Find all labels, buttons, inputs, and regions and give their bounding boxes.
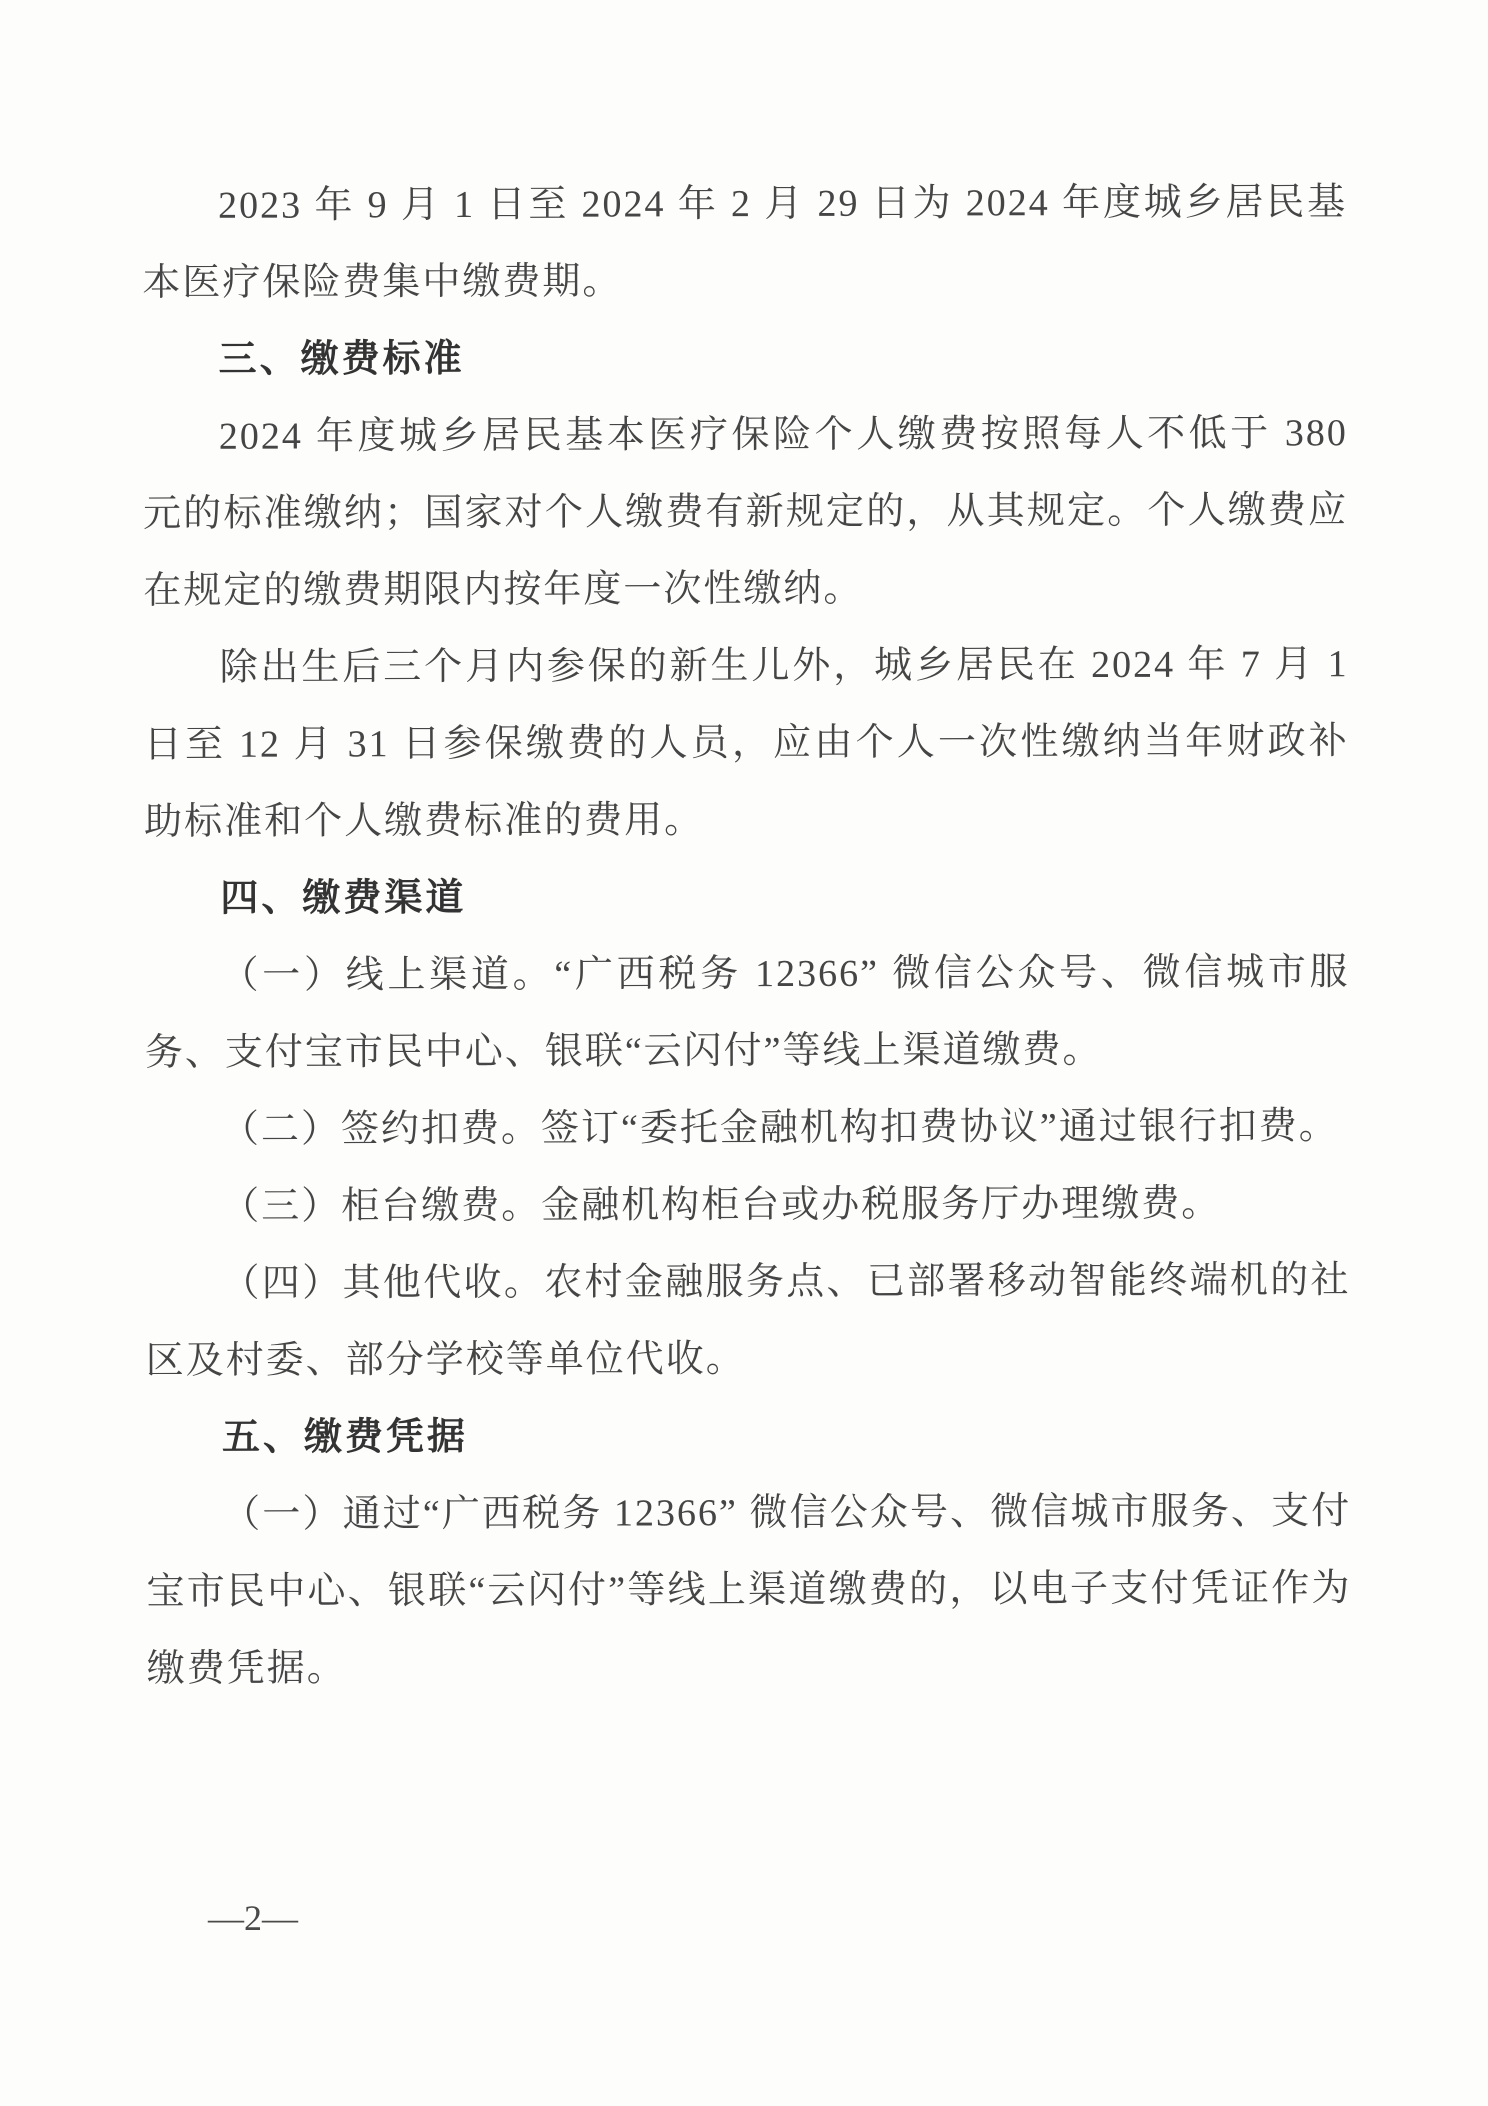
paragraph-channel-other-collection: （四）其他代收。农村金融服务点、已部署移动智能终端机的社区及村委、部分学校等单位… <box>145 1242 1350 1400</box>
document-body: 2023 年 9 月 1 日至 2024 年 2 月 29 日为 2024 年度… <box>142 164 1352 1708</box>
paragraph-payment-standard-amount: 2024 年度城乡居民基本医疗保险个人缴费按照每人不低于 380 元的标准缴纳；… <box>143 395 1349 630</box>
page-number: —2— <box>208 1896 298 1940</box>
paragraph-newborn-late-enrollment: 除出生后三个月内参保的新生儿外，城乡居民在 2024 年 7 月 1 日至 12… <box>143 626 1349 861</box>
paragraph-collection-period: 2023 年 9 月 1 日至 2024 年 2 月 29 日为 2024 年度… <box>142 164 1347 322</box>
paragraph-channel-counter: （三）柜台缴费。金融机构柜台或办税服务厅办理缴费。 <box>145 1165 1350 1246</box>
document-page: 2023 年 9 月 1 日至 2024 年 2 月 29 日为 2024 年度… <box>0 0 1488 2106</box>
section-heading-payment-receipt: 五、缴费凭据 <box>146 1396 1351 1477</box>
paragraph-receipt-electronic: （一）通过“广西税务 12366” 微信公众号、微信城市服务、支付宝市民中心、银… <box>146 1473 1352 1708</box>
paragraph-channel-bank-agreement: （二）签约扣费。签订“委托金融机构扣费协议”通过银行扣费。 <box>145 1088 1350 1169</box>
section-heading-payment-channels: 四、缴费渠道 <box>144 857 1349 938</box>
paragraph-channel-online: （一）线上渠道。“广西税务 12366” 微信公众号、微信城市服务、支付宝市民中… <box>144 934 1349 1092</box>
section-heading-payment-standard: 三、缴费标准 <box>142 318 1347 399</box>
